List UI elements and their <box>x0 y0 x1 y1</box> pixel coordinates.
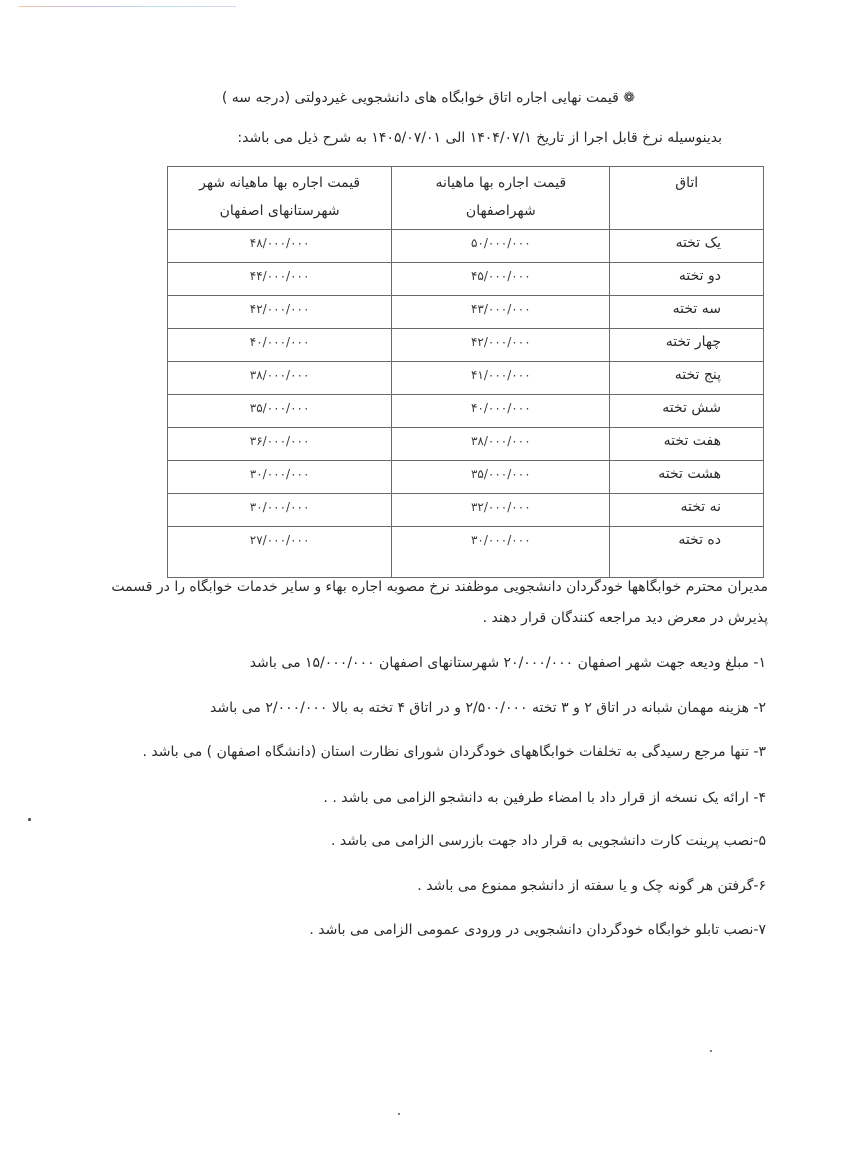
county-price: ۳۶/۰۰۰/۰۰۰ <box>168 428 392 461</box>
room-type: پنج تخته <box>610 362 764 395</box>
county-price: ۴۸/۰۰۰/۰۰۰ <box>168 230 392 263</box>
rule-item-6: ۶-گرفتن هر گونه چک و یا سفته از دانشجو م… <box>417 878 766 894</box>
county-price: ۳۰/۰۰۰/۰۰۰ <box>168 461 392 494</box>
city-price: ۳۲/۰۰۰/۰۰۰ <box>392 494 610 527</box>
room-type: شش تخته <box>610 395 764 428</box>
county-price: ۳۸/۰۰۰/۰۰۰ <box>168 362 392 395</box>
table-row: هشت تخته۳۵/۰۰۰/۰۰۰۳۰/۰۰۰/۰۰۰ <box>168 461 764 494</box>
city-price: ۴۰/۰۰۰/۰۰۰ <box>392 395 610 428</box>
county-price: ۴۰/۰۰۰/۰۰۰ <box>168 329 392 362</box>
city-price: ۴۲/۰۰۰/۰۰۰ <box>392 329 610 362</box>
table-row: دو تخته۴۵/۰۰۰/۰۰۰۴۴/۰۰۰/۰۰۰ <box>168 263 764 296</box>
city-price: ۴۱/۰۰۰/۰۰۰ <box>392 362 610 395</box>
county-price: ۴۴/۰۰۰/۰۰۰ <box>168 263 392 296</box>
scan-speck <box>28 818 31 821</box>
header-room: اتاق <box>610 167 764 230</box>
county-price: ۴۲/۰۰۰/۰۰۰ <box>168 296 392 329</box>
city-price: ۴۳/۰۰۰/۰۰۰ <box>392 296 610 329</box>
scan-speck <box>398 1113 400 1115</box>
city-price: ۳۰/۰۰۰/۰۰۰ <box>392 527 610 578</box>
room-type: سه تخته <box>610 296 764 329</box>
rule-item-7: ۷-نصب تابلو خوابگاه خودگردان دانشجویی در… <box>309 922 766 938</box>
city-price: ۴۵/۰۰۰/۰۰۰ <box>392 263 610 296</box>
scan-speck <box>710 1050 712 1052</box>
rule-item-2: ۲- هزینه مهمان شبانه در اتاق ۲ و ۳ تخته … <box>210 700 766 716</box>
table-row: شش تخته۴۰/۰۰۰/۰۰۰۳۵/۰۰۰/۰۰۰ <box>168 395 764 428</box>
room-type: نه تخته <box>610 494 764 527</box>
county-price: ۲۷/۰۰۰/۰۰۰ <box>168 527 392 578</box>
city-price: ۳۸/۰۰۰/۰۰۰ <box>392 428 610 461</box>
county-price: ۳۰/۰۰۰/۰۰۰ <box>168 494 392 527</box>
table-row: هفت تخته۳۸/۰۰۰/۰۰۰۳۶/۰۰۰/۰۰۰ <box>168 428 764 461</box>
table-row: ده تخته۳۰/۰۰۰/۰۰۰۲۷/۰۰۰/۰۰۰ <box>168 527 764 578</box>
rule-item-4: ۴- ارائه یک نسخه از قرار داد با امضاء طر… <box>323 790 766 806</box>
rule-item-3: ۳- تنها مرجع رسیدگی به تخلفات خوابگاههای… <box>142 744 766 760</box>
room-type: ده تخته <box>610 527 764 578</box>
scan-artifact-line <box>18 6 236 7</box>
room-type: هفت تخته <box>610 428 764 461</box>
table-row: یک تخته۵۰/۰۰۰/۰۰۰۴۸/۰۰۰/۰۰۰ <box>168 230 764 263</box>
room-type: هشت تخته <box>610 461 764 494</box>
room-type: یک تخته <box>610 230 764 263</box>
table-row: پنج تخته۴۱/۰۰۰/۰۰۰۳۸/۰۰۰/۰۰۰ <box>168 362 764 395</box>
rule-item-1: ۱- مبلغ ودیعه جهت شهر اصفهان ۲۰/۰۰۰/۰۰۰ … <box>250 655 766 671</box>
rent-rates-table: اتاق قیمت اجاره بها ماهیانه شهراصفهان قی… <box>167 166 764 578</box>
table-header-row: اتاق قیمت اجاره بها ماهیانه شهراصفهان قی… <box>168 167 764 230</box>
county-price: ۳۵/۰۰۰/۰۰۰ <box>168 395 392 428</box>
room-type: دو تخته <box>610 263 764 296</box>
document-subtitle: بدینوسیله نرخ قابل اجرا از تاریخ ۱۴۰۴/۰۷… <box>237 130 722 146</box>
table-row: سه تخته۴۳/۰۰۰/۰۰۰۴۲/۰۰۰/۰۰۰ <box>168 296 764 329</box>
notice-paragraph-line2: پذیرش در معرض دید مراجعه کنندگان قرار ده… <box>483 609 768 627</box>
header-isfahan-counties: قیمت اجاره بها ماهیانه شهر شهرستانهای اص… <box>168 167 392 230</box>
table-row: چهار تخته۴۲/۰۰۰/۰۰۰۴۰/۰۰۰/۰۰۰ <box>168 329 764 362</box>
city-price: ۵۰/۰۰۰/۰۰۰ <box>392 230 610 263</box>
city-price: ۳۵/۰۰۰/۰۰۰ <box>392 461 610 494</box>
room-type: چهار تخته <box>610 329 764 362</box>
table-row: نه تخته۳۲/۰۰۰/۰۰۰۳۰/۰۰۰/۰۰۰ <box>168 494 764 527</box>
header-isfahan-city: قیمت اجاره بها ماهیانه شهراصفهان <box>392 167 610 230</box>
notice-paragraph-line1: مدیران محترم خوابگاهها خودگردان دانشجویی… <box>111 578 768 596</box>
rule-item-5: ۵-نصب پرینت کارت دانشجویی به قرار داد جه… <box>331 833 766 849</box>
document-title: ❁ قیمت نهایی اجاره اتاق خوابگاه های دانش… <box>222 90 635 106</box>
